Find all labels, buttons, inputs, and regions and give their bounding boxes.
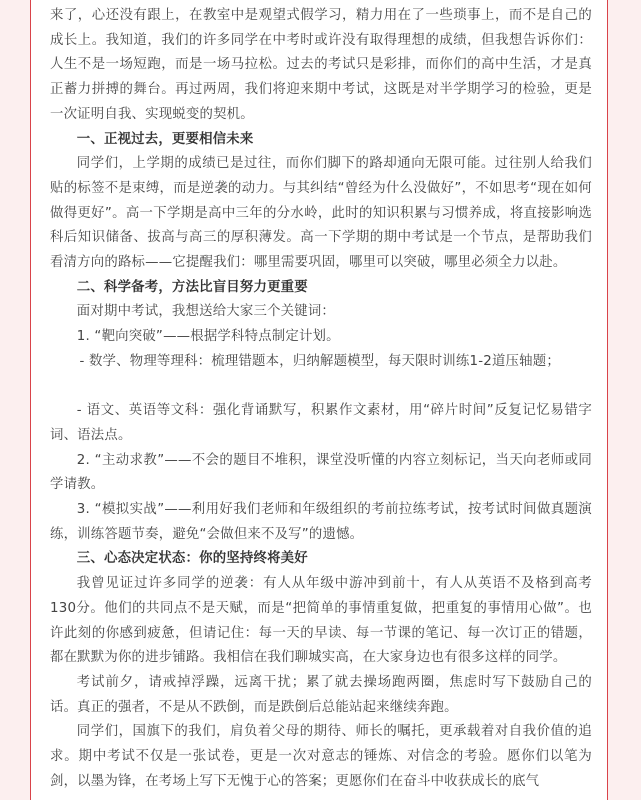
section-3-paragraph-3: 同学们，国旗下的我们，肩负着父母的期待、师长的嘱托，更承载着对自我价值的追求。期… <box>50 720 592 794</box>
section-1-paragraph: 同学们，上学期的成绩已是过往，而你们脚下的路却通向无限可能。过往别人给我们贴的标… <box>50 152 592 276</box>
document-page: 来了，心还没有跟上，在教室中是观望式假学习，精力用在了一些琐事上，而不是自己的成… <box>30 0 608 800</box>
section-3-paragraph-1: 我曾见证过许多同学的逆袭：有人从年级中游冲到前十，有人从英语不及格到高考130分… <box>50 572 592 671</box>
section-1-heading: 一、正视过去，更要相信未来 <box>50 128 592 153</box>
keyword-item-1-arts: - 语文、英语等文科：强化背诵默写，积累作文素材，用“碎片时间”反复记忆易错字词… <box>50 399 592 448</box>
keyword-item-2: 2. “主动求教”——不会的题目不堆积，课堂没听懂的内容立刻标记，当天向老师或同… <box>50 449 592 498</box>
keyword-item-1-science: - 数学、物理等理科：梳理错题本，归纳解题模型，每天限时训练1-2道压轴题； <box>50 350 592 375</box>
intro-paragraph: 来了，心还没有跟上，在教室中是观望式假学习，精力用在了一些琐事上，而不是自己的成… <box>50 4 592 128</box>
article-body: 来了，心还没有跟上，在教室中是观望式假学习，精力用在了一些琐事上，而不是自己的成… <box>50 4 592 794</box>
section-3-heading: 三、心态决定状态：你的坚持终将美好 <box>50 547 592 572</box>
section-2-intro: 面对期中考试，我想送给大家三个关键词： <box>50 300 592 325</box>
section-2-heading: 二、科学备考，方法比盲目努力更重要 <box>50 276 592 301</box>
section-3-paragraph-2: 考试前夕，请戒掉浮躁，远离干扰；累了就去操场跑两圈，焦虑时写下鼓励自己的话。真正… <box>50 671 592 720</box>
keyword-item-3: 3. “模拟实战”——利用好我们老师和年级组织的考前拉练考试，按考试时间做真题演… <box>50 498 592 547</box>
keyword-item-1: 1. “靶向突破”——根据学科特点制定计划。 <box>50 325 592 350</box>
blank-line <box>50 375 592 400</box>
